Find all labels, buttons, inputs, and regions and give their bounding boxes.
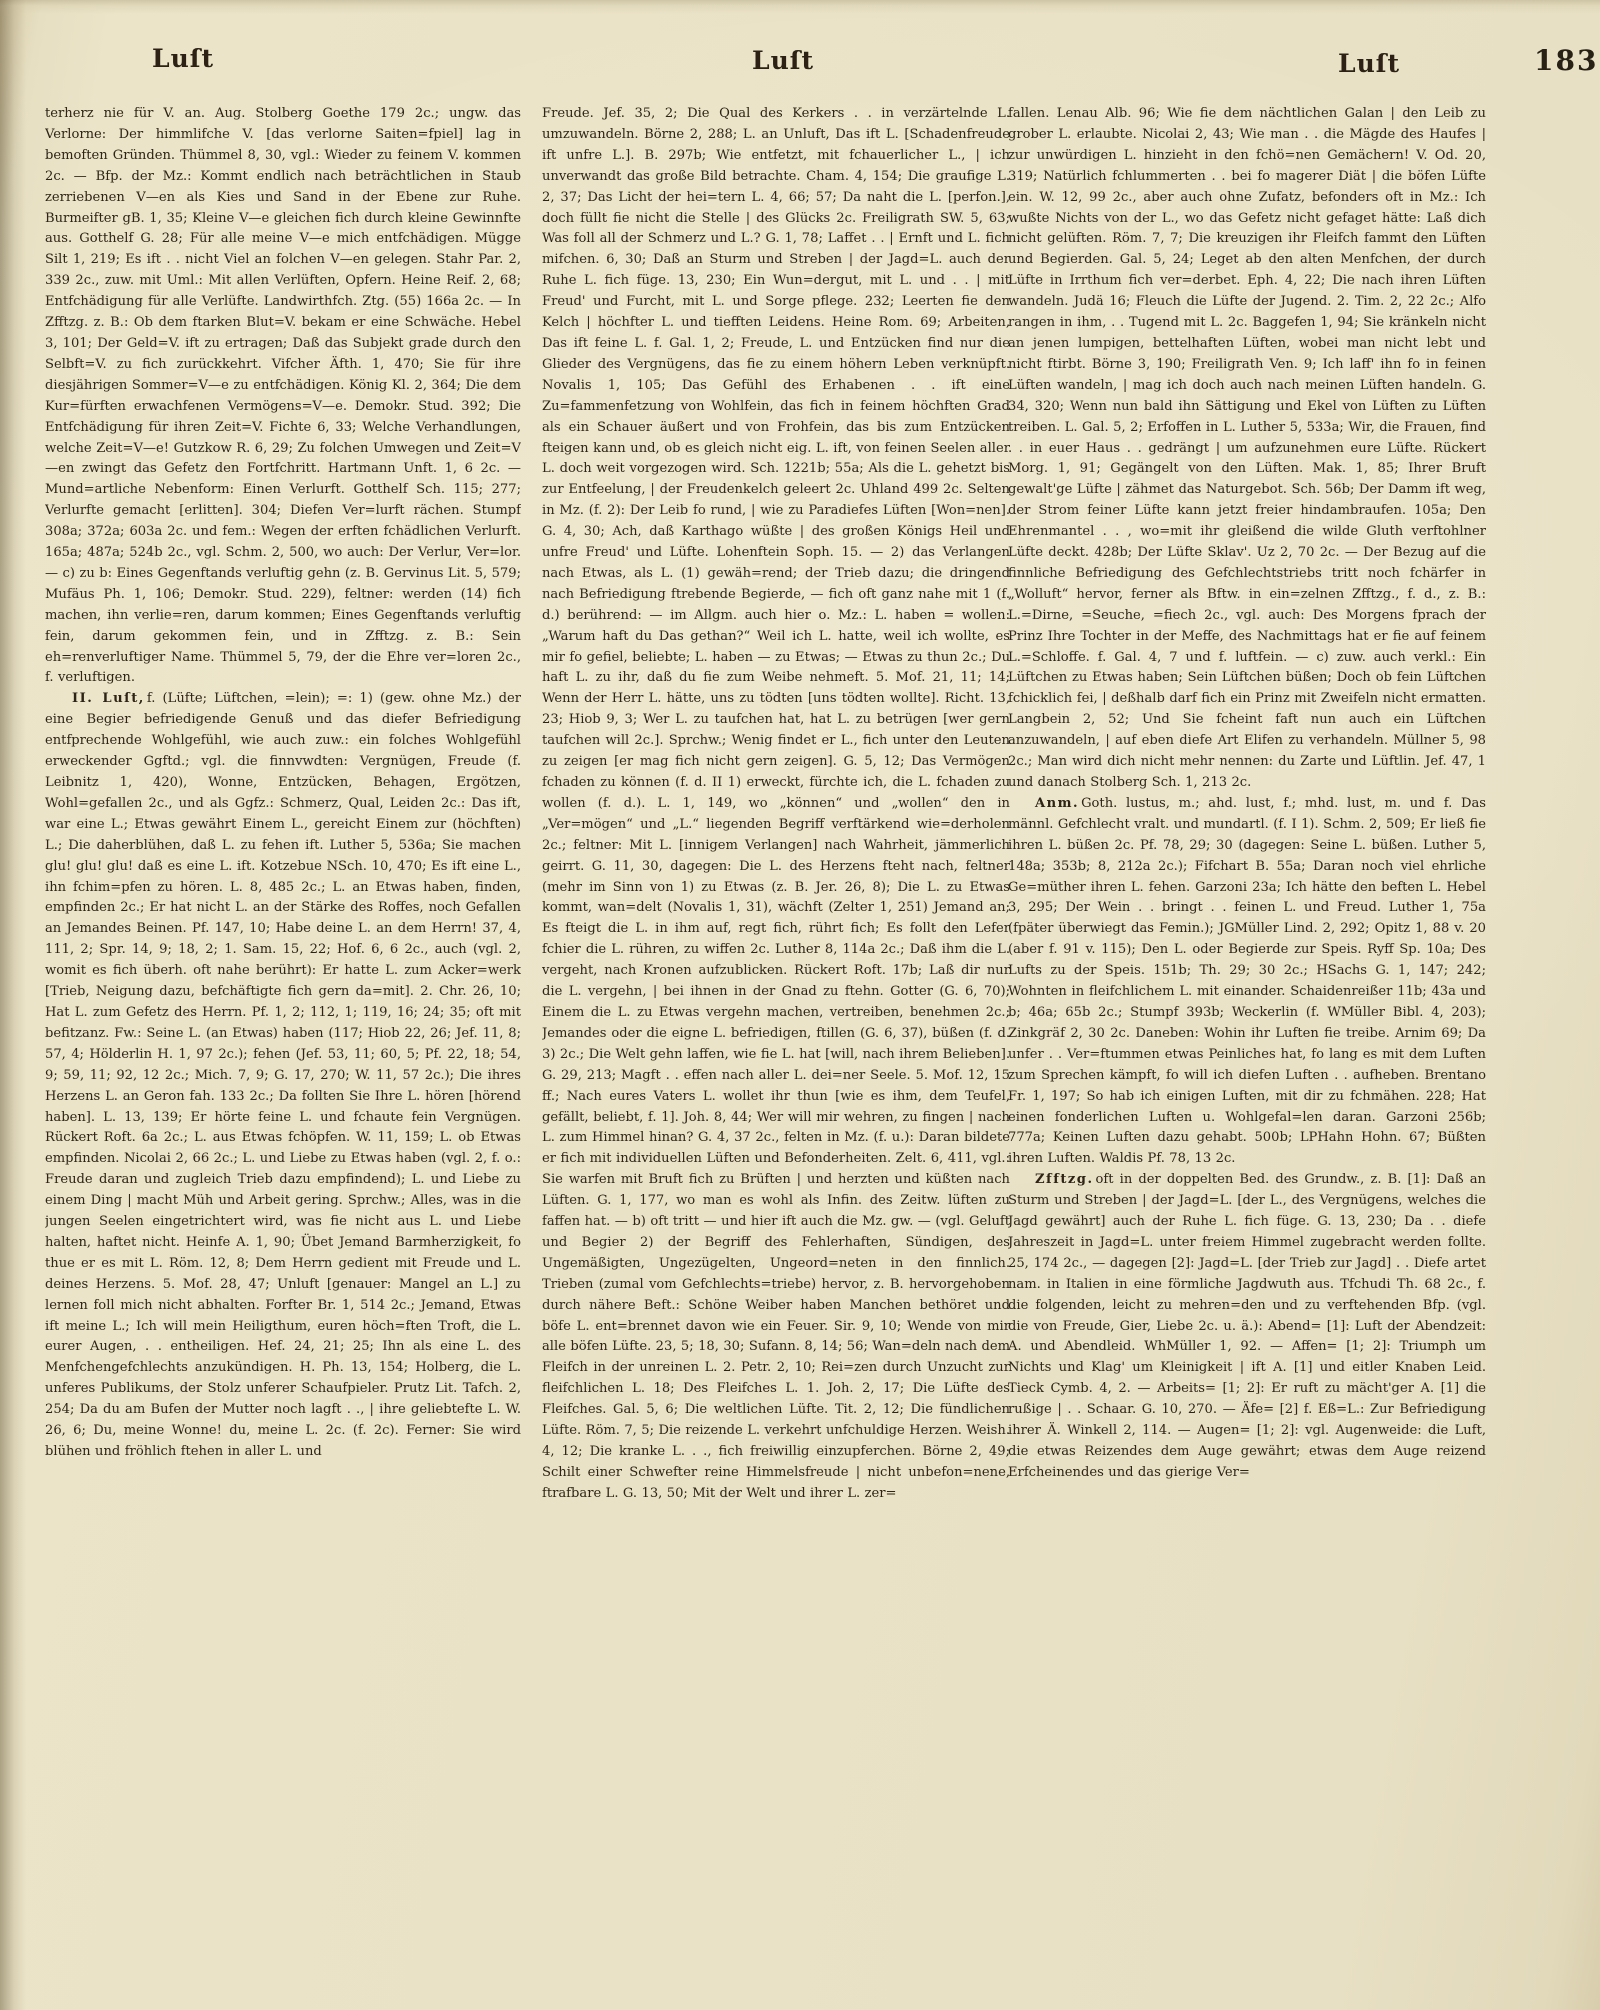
paragraph-zusammensetzungen: Zfftzg.oft in der doppelten Bed. des Gru… bbox=[1008, 1170, 1486, 1484]
paragraph-text: Freude. Jef. 35, 2; Die Qual des Kerkers… bbox=[542, 106, 1010, 1501]
running-head-title-right: Luſt bbox=[1338, 49, 1400, 78]
paragraph-text: terherz nie für V. an. Aug. Stolberg Goe… bbox=[45, 106, 521, 685]
anm-label: Anm. bbox=[1035, 796, 1081, 811]
paragraph-continuation: terherz nie für V. an. Aug. Stolberg Goe… bbox=[45, 104, 521, 689]
text-columns: terherz nie für V. an. Aug. Stolberg Goe… bbox=[0, 104, 1600, 1864]
paragraph-text: Goth. lustus, m.; ahd. lust, f.; mhd. lu… bbox=[1008, 796, 1486, 1166]
text-column-right: fallen. Lenau Alb. 96; Wie fie dem nächt… bbox=[1008, 104, 1486, 1862]
zfftzg-label: Zfftzg. bbox=[1035, 1172, 1096, 1187]
paragraph-continuation: fallen. Lenau Alb. 96; Wie fie dem nächt… bbox=[1008, 104, 1486, 794]
running-head-title-left: Luſt bbox=[152, 44, 214, 73]
paragraph-entry-lust: II. Luſt,f. (Lüfte; Lüftchen, =lein); =:… bbox=[45, 689, 521, 1463]
paragraph-continuation: Freude. Jef. 35, 2; Die Qual des Kerkers… bbox=[542, 104, 1010, 1505]
paragraph-text: oft in der doppelten Bed. des Grundw., z… bbox=[1008, 1172, 1486, 1480]
running-head-title-center: Luſt bbox=[752, 46, 814, 75]
headword-lust: II. Luſt, bbox=[72, 691, 147, 706]
text-column-left: terherz nie für V. an. Aug. Stolberg Goe… bbox=[45, 104, 521, 1862]
paragraph-text: fallen. Lenau Alb. 96; Wie fie dem nächt… bbox=[1008, 106, 1486, 790]
paragraph-anmerkung: Anm.Goth. lustus, m.; ahd. lust, f.; mhd… bbox=[1008, 794, 1486, 1170]
paragraph-text: f. (Lüfte; Lüftchen, =lein); =: 1) (gew.… bbox=[45, 691, 521, 1459]
running-head: Luſt Luſt Luſt 183 bbox=[0, 38, 1600, 84]
page-number: 183 bbox=[1534, 44, 1598, 77]
text-column-middle: Freude. Jef. 35, 2; Die Qual des Kerkers… bbox=[542, 104, 1010, 1862]
dictionary-page-scan: Luſt Luſt Luſt 183 terherz nie für V. an… bbox=[0, 0, 1600, 2010]
